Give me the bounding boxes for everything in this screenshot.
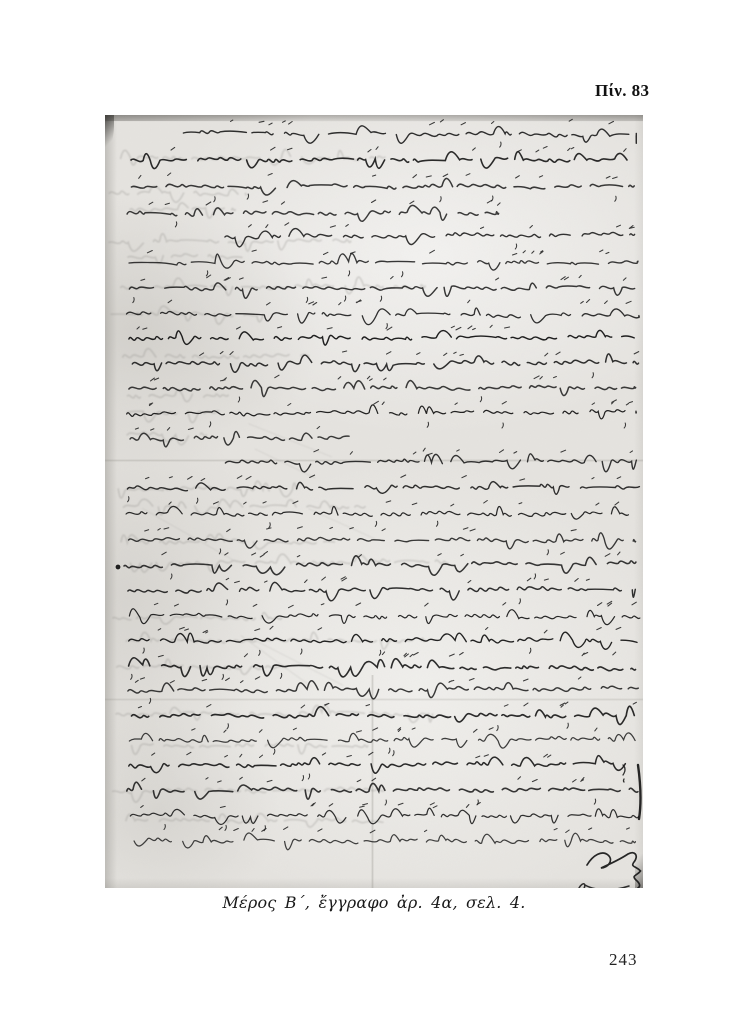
manuscript-handwriting	[105, 115, 643, 888]
plate-label: Πίν. 83	[595, 81, 649, 101]
manuscript-photo	[105, 115, 643, 888]
figure-caption: Μέρος Β´, ἔγγραφο ἀρ. 4α, σελ. 4.	[105, 893, 643, 912]
page-number: 243	[609, 950, 638, 970]
